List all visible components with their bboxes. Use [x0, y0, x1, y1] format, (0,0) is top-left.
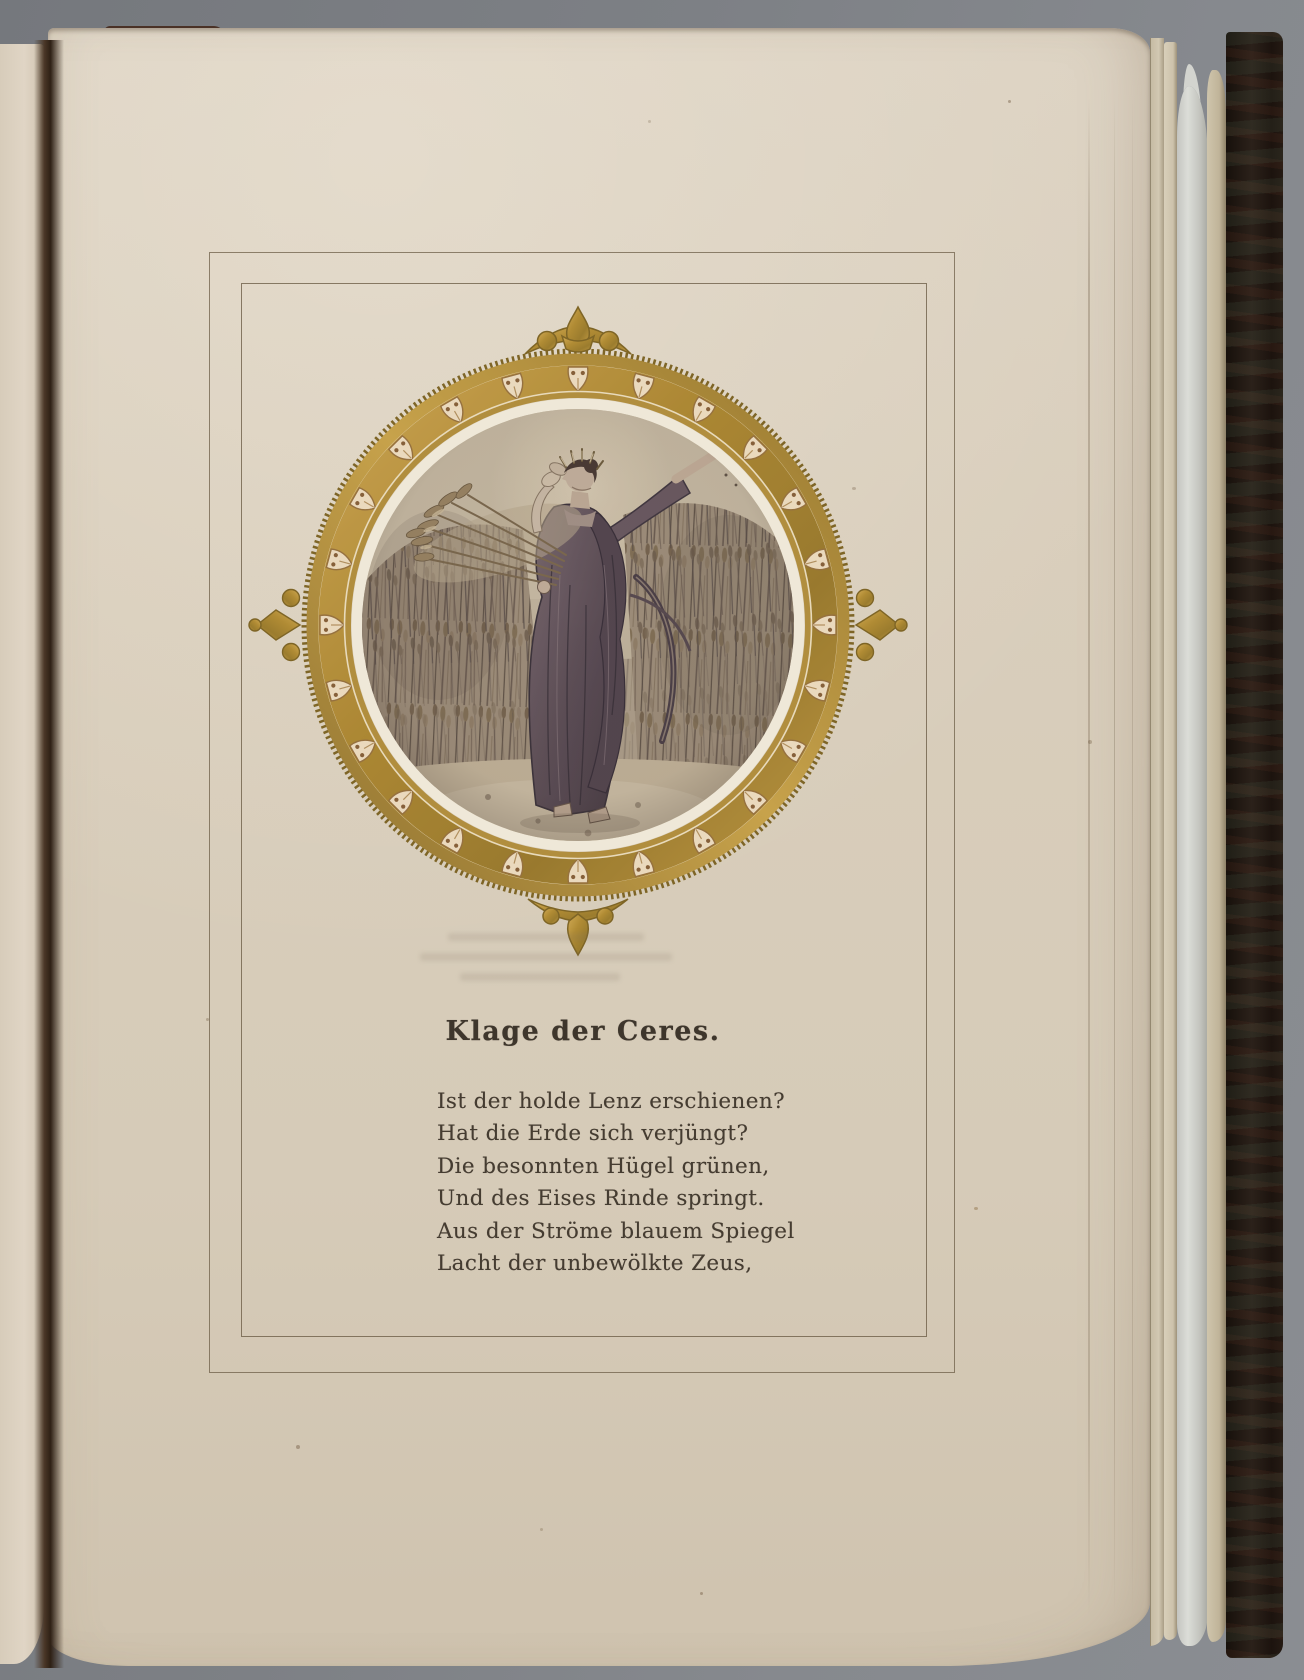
poem: Ist der holde Lenz erschienen? Hat die E… [437, 1086, 857, 1280]
poem-line: Lacht der unbewölkte Zeus, [437, 1248, 857, 1280]
poem-line: Aus der Ströme blauem Spiegel [437, 1216, 857, 1248]
pendant-finial [528, 899, 628, 955]
page-edge-stack [1207, 70, 1226, 1642]
foxing-spot [700, 1592, 703, 1595]
poem-line: Ist der holde Lenz erschienen? [437, 1086, 857, 1118]
poem-line: Und des Eises Rinde springt. [437, 1183, 857, 1215]
right-finial [856, 590, 907, 661]
foxing-spot [852, 487, 856, 490]
poem-line: Die besonnten Hügel grünen, [437, 1151, 857, 1183]
tissue-guard-edge [1177, 86, 1208, 1646]
foxing-spot [974, 1207, 978, 1210]
gutter-shadow [34, 40, 64, 1668]
photo-vignette [362, 409, 794, 841]
book-photograph: Klage der Ceres. Ist der holde Lenz ersc… [0, 0, 1304, 1680]
bleed-through-text [460, 973, 620, 981]
page-crease [1132, 98, 1133, 1618]
page-crease [1088, 98, 1090, 1618]
foxing-spot [296, 1445, 300, 1449]
foxing-spot [206, 1018, 209, 1021]
book-page: Klage der Ceres. Ist der holde Lenz ersc… [48, 28, 1150, 1666]
ceres-medallion [228, 275, 928, 975]
page-crease [1114, 98, 1115, 1618]
foxing-spot [648, 120, 651, 123]
left-finial [249, 590, 300, 661]
foxing-spot [540, 1528, 543, 1531]
foxing-spot [1088, 740, 1092, 744]
poem-line: Hat die Erde sich verjüngt? [437, 1118, 857, 1150]
crest-finial [525, 307, 631, 354]
page-edge-stack [1164, 42, 1177, 1640]
poem-title: Klage der Ceres. [241, 1016, 925, 1047]
page-edge-stack [1150, 38, 1164, 1646]
book-cover [1226, 32, 1283, 1658]
foxing-spot [1008, 100, 1011, 103]
bleed-through-text [420, 953, 672, 961]
medallion-graphic [228, 275, 928, 975]
bleed-through-text [448, 933, 644, 941]
